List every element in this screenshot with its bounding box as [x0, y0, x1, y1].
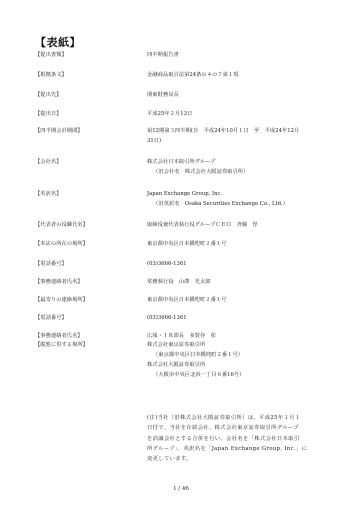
field-label: 【縦覧に供する場所】 [35, 340, 145, 350]
field-label: 【英訳名】 [35, 189, 145, 199]
field-label: 【提出先】 [35, 90, 145, 100]
field-value: Japan Exchange Group, Inc. （旧英訳名 Osaka S… [147, 189, 317, 209]
page-indicator: 1 / 46 [0, 486, 362, 492]
field-label: 【事務連絡者氏名】 [35, 277, 145, 287]
field-value: 東京都中央区日本橋兜町２番１号 [147, 239, 317, 249]
field-value: 取締役兼代表執行役グループＣＥＯ 斉藤 惇 [147, 220, 317, 230]
field-label: 【電話番号】 [35, 313, 145, 323]
field-value: 東京都中央区日本橋兜町２番１号 [147, 295, 317, 305]
field-label: 【提出日】 [35, 109, 145, 119]
field-value: 第12期第３四半期(自 平成24年10月１日 至 平成24年12月 31日) [147, 126, 317, 146]
field-label: 【電話番号】 [35, 259, 145, 269]
field-label: 【提出書類】 [35, 50, 145, 60]
field-label: 【会社名】 [35, 157, 145, 167]
field-value: 平成25年２月13日 [147, 109, 317, 119]
field-value: (03)3666-1361 [147, 313, 317, 323]
field-value: 株式会社日本取引所グループ （旧会社名 株式会社大阪証券取引所） [147, 157, 317, 177]
field-value: (03)3666-1361 [147, 259, 317, 269]
document-page: 【表紙】 【提出書類】 四半期報告書 【根拠条文】 金融商品取引法第24条の４の… [0, 0, 362, 512]
field-label: 【代表者の役職氏名】 [35, 220, 145, 230]
field-label: 【四半期会計期間】 [35, 126, 145, 136]
field-value: 関東財務局長 [147, 90, 317, 100]
field-value: 常務執行役 山澤 光太郎 [147, 277, 317, 287]
field-value: 四半期報告書 [147, 50, 317, 60]
field-value: 金融商品取引法第24条の４の７第１項 [147, 70, 317, 80]
field-value: 株式会社東京証券取引所 （東京都中央区日本橋兜町２番１号） 株式会社大阪証券取引… [147, 340, 317, 380]
field-label: 【最寄りの連絡場所】 [35, 295, 145, 305]
merger-note: (注)当社（旧株式会社大阪証券取引所）は、平成25年１月１ 日付で、当社を存続会… [147, 413, 319, 464]
field-label: 【本店の所在の場所】 [35, 239, 145, 249]
cover-title: 【表紙】 [35, 34, 81, 50]
field-label: 【根拠条文】 [35, 70, 145, 80]
